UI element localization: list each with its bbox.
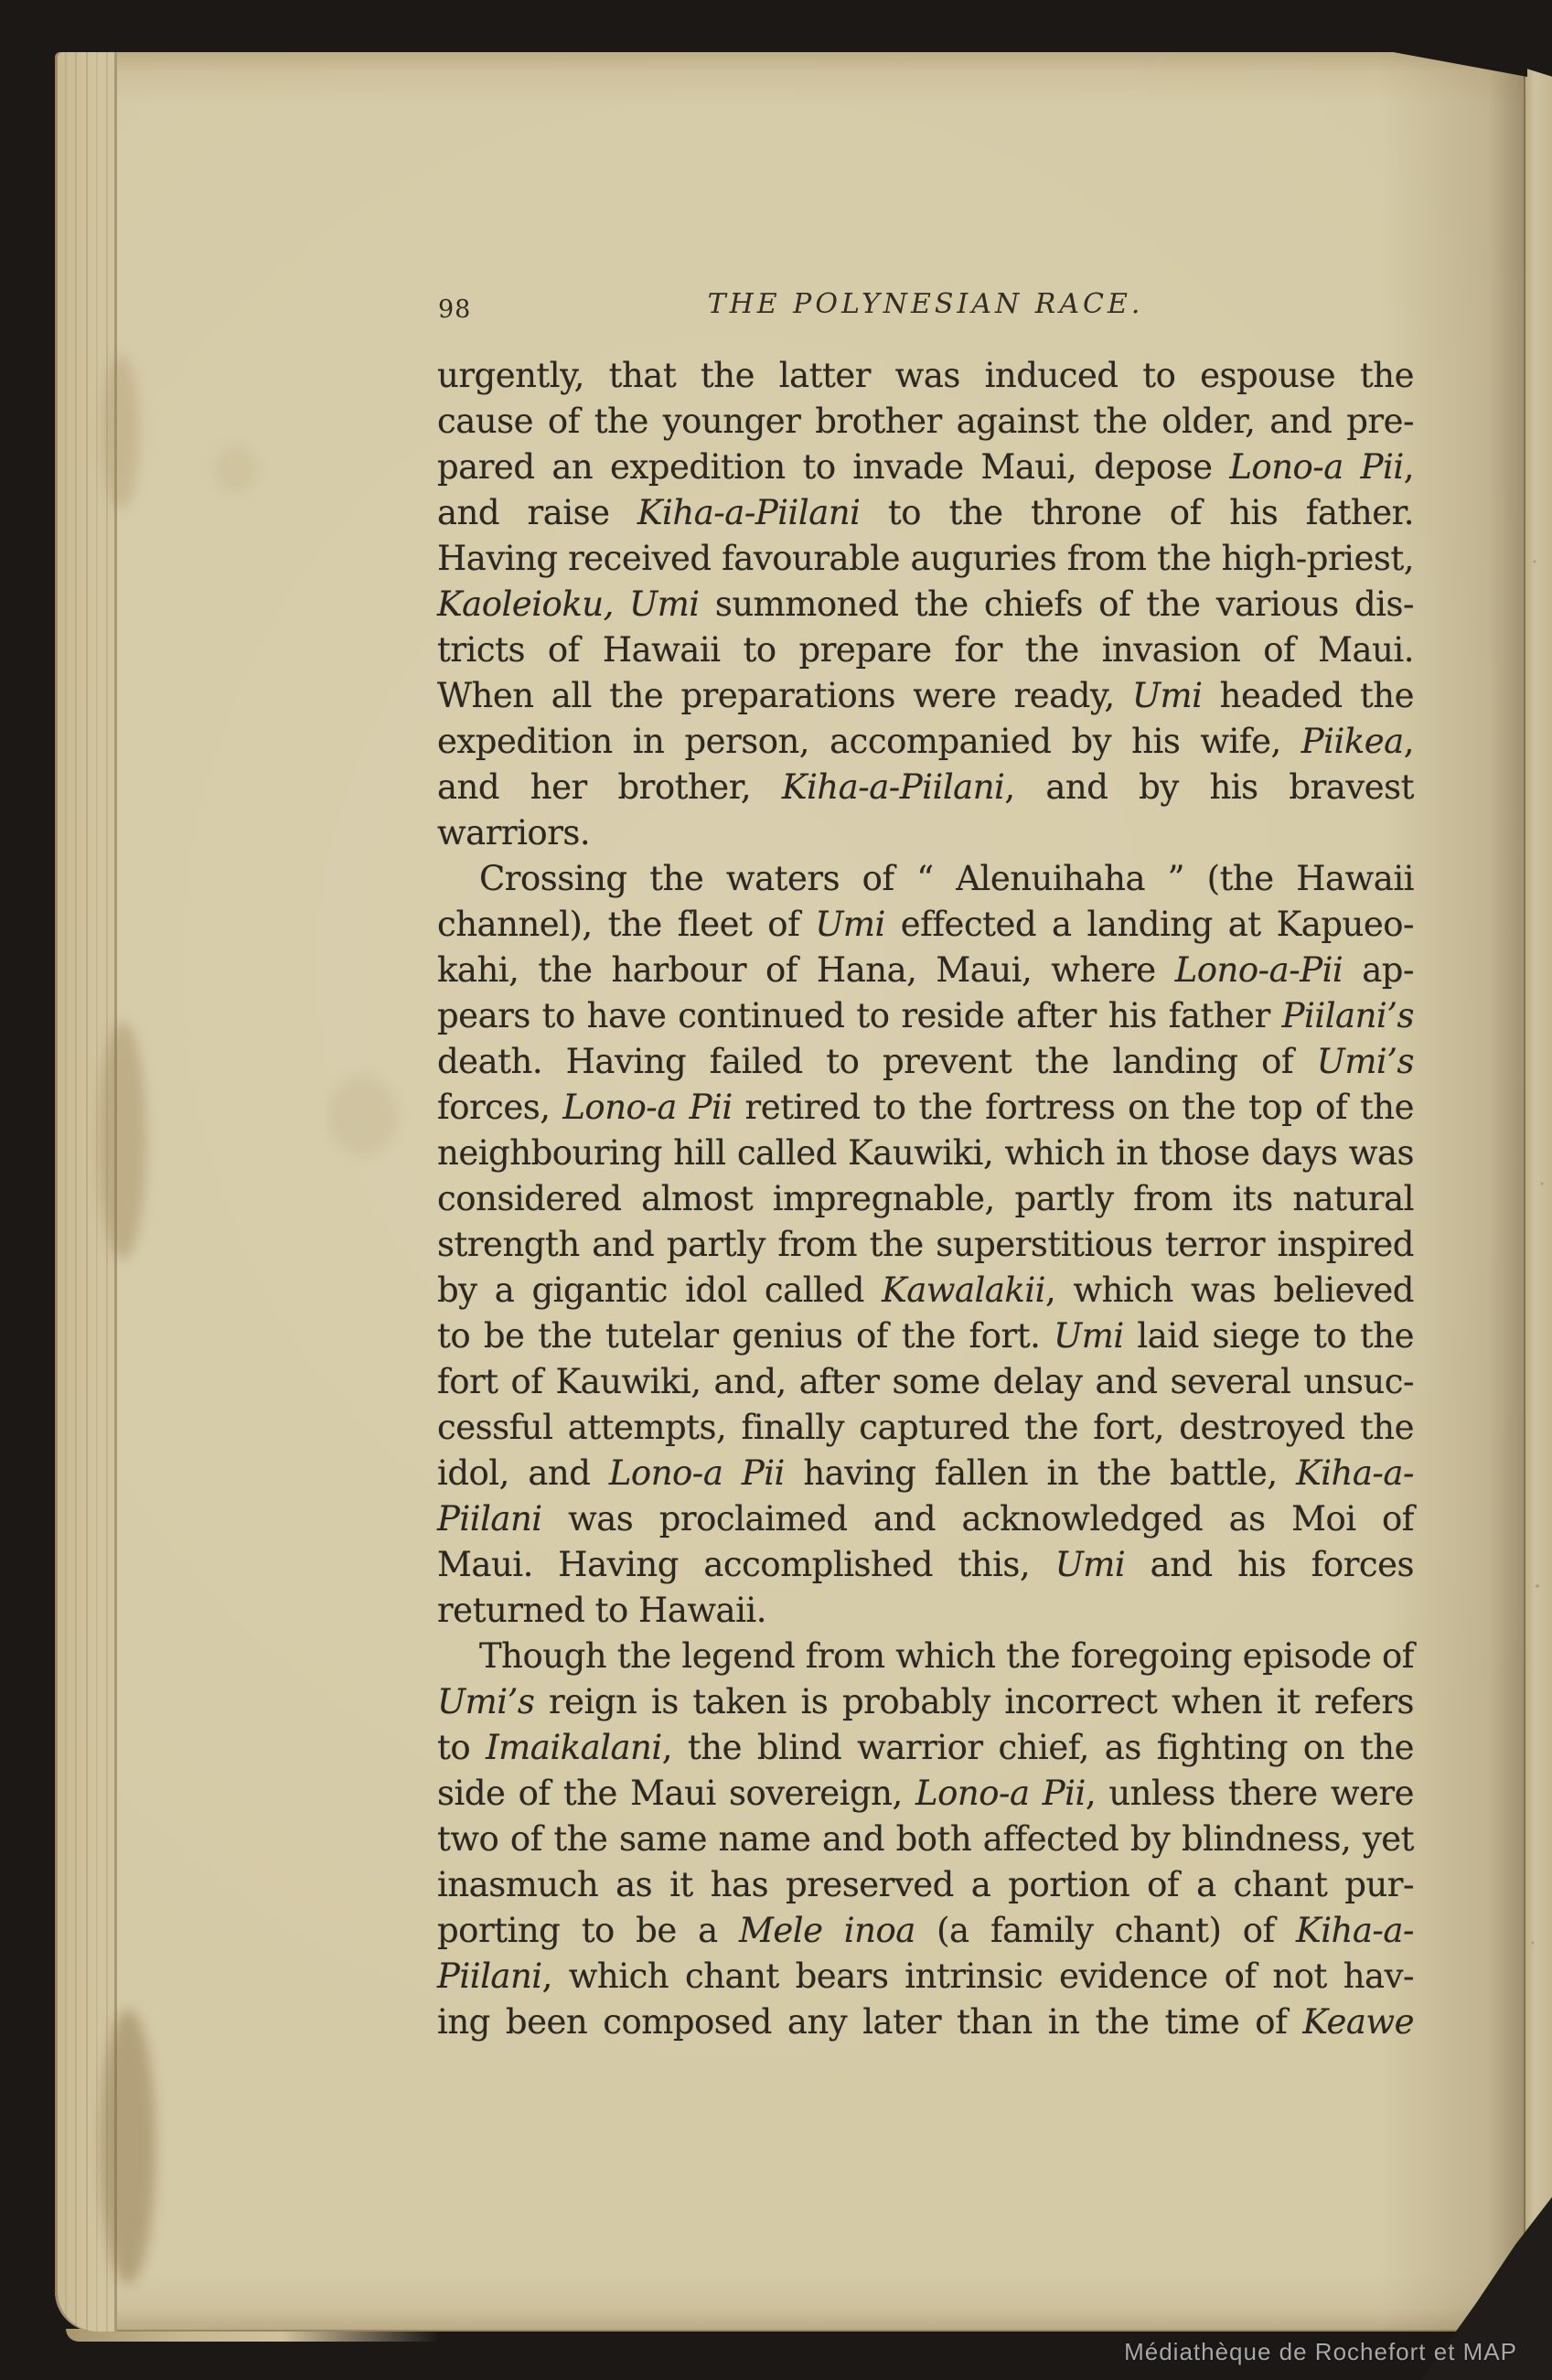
foxing-stain	[99, 1022, 146, 1260]
italic-text-segment: Piilani’s	[1282, 996, 1414, 1035]
text-segment: considered almost impregnable, partly fr…	[437, 1179, 1414, 1218]
text-segment: , which was believed	[1045, 1270, 1414, 1310]
italic-text-segment: Umi	[1055, 1545, 1126, 1584]
text-segment: porting to be a	[437, 1911, 739, 1950]
italic-text-segment: Umi’s	[437, 1682, 534, 1721]
text-line: ing been composed any later than in the …	[437, 1999, 1414, 2045]
italic-text-segment: Kiha-a-Piilani	[637, 493, 861, 532]
italic-text-segment: Piilani	[437, 1499, 542, 1538]
text-segment: headed the	[1202, 676, 1414, 715]
text-line: cessful attempts, finally captured the f…	[437, 1405, 1414, 1451]
text-line: by a gigantic idol called Kawalakii, whi…	[437, 1268, 1414, 1313]
text-line: and her brother, Kiha-a-Piilani, and by …	[437, 765, 1414, 810]
text-segment: urgently, that the latter was induced to…	[437, 356, 1414, 395]
library-watermark: Médiathèque de Rochefort et MAP	[1124, 2338, 1517, 2366]
text-segment: ,	[1404, 447, 1414, 487]
text-segment: tricts of Hawaii to prepare for the inva…	[437, 630, 1414, 670]
text-segment: Crossing the waters of “ Alenuihaha ” (t…	[479, 859, 1414, 898]
italic-text-segment: Mele inoa	[739, 1911, 915, 1950]
text-segment: neighbouring hill called Kauwiki, which …	[437, 1133, 1414, 1173]
text-line: two of the same name and both affected b…	[437, 1817, 1414, 1862]
text-segment: , unless there were	[1086, 1774, 1414, 1813]
text-line: inasmuch as it has preserved a portion o…	[437, 1862, 1414, 1908]
text-line: to Imaikalani, the blind warrior chief, …	[437, 1725, 1414, 1771]
text-segment: strength and partly from the superstitio…	[437, 1225, 1414, 1264]
text-line: tricts of Hawaii to prepare for the inva…	[437, 627, 1414, 673]
text-line: porting to be a Mele inoa (a family chan…	[437, 1908, 1414, 1954]
text-line: cause of the younger brother against the…	[437, 399, 1414, 445]
text-segment: ,	[1404, 722, 1414, 761]
text-line: strength and partly from the superstitio…	[437, 1222, 1414, 1268]
italic-text-segment: Umi’s	[1317, 1042, 1414, 1081]
text-segment: ap-	[1343, 950, 1414, 990]
text-segment: idol, and	[437, 1453, 609, 1493]
italic-text-segment: Lono-a Pii	[915, 1774, 1086, 1813]
text-segment: returned to Hawaii.	[437, 1591, 766, 1630]
text-line: expedition in person, accompanied by his…	[437, 719, 1414, 765]
text-line: fort of Kauwiki, and, after some delay a…	[437, 1359, 1414, 1405]
text-line: and raise Kiha-a-Piilani to the throne o…	[437, 490, 1414, 536]
text-line: Kaoleioku, Umi summoned the chiefs of th…	[437, 582, 1414, 627]
foxing-stain	[215, 445, 257, 493]
text-line: returned to Hawaii.	[437, 1588, 1414, 1634]
text-segment: to be the tutelar genius of the fort.	[437, 1316, 1054, 1356]
text-line: When all the preparations were ready, Um…	[437, 673, 1414, 719]
text-line: Umi’s reign is taken is probably incorre…	[437, 1679, 1414, 1725]
text-segment: , the blind warrior chief, as fighting o…	[662, 1728, 1414, 1767]
text-segment: cause of the younger brother against the…	[437, 402, 1414, 441]
text-segment: pears to have continued to reside after …	[437, 996, 1282, 1035]
italic-text-segment: Kaoleioku, Umi	[437, 584, 700, 624]
italic-text-segment: Kiha-a-	[1296, 1911, 1414, 1950]
text-segment: ing been composed any later than in the …	[437, 2002, 1302, 2042]
italic-text-segment: Lono-a Pii	[1229, 447, 1403, 487]
text-segment: warriors.	[437, 813, 590, 852]
text-segment: , and by his bravest	[1004, 767, 1414, 807]
text-line: neighbouring hill called Kauwiki, which …	[437, 1131, 1414, 1176]
text-segment: side of the Maui sovereign,	[437, 1774, 915, 1813]
foxing-stain	[102, 354, 139, 509]
text-line: kahi, the harbour of Hana, Maui, where L…	[437, 948, 1414, 993]
running-head-title: THE POLYNESIAN RACE.	[437, 288, 1414, 320]
foxing-stain	[101, 2010, 155, 2284]
text-segment: reign is taken is probably incorrect whe…	[534, 1682, 1414, 1721]
text-line: Maui. Having accomplished this, Umi and …	[437, 1542, 1414, 1588]
italic-text-segment: Lono-a Pii	[609, 1453, 785, 1493]
text-line: pared an expedition to invade Maui, depo…	[437, 445, 1414, 490]
text-line: idol, and Lono-a Pii having fallen in th…	[437, 1451, 1414, 1496]
italic-text-segment: Umi	[1132, 676, 1203, 715]
text-line: urgently, that the latter was induced to…	[437, 353, 1414, 399]
text-segment: inasmuch as it has preserved a portion o…	[437, 1865, 1414, 1904]
text-line: pears to have continued to reside after …	[437, 993, 1414, 1039]
text-segment: expedition in person, accompanied by his…	[437, 722, 1301, 761]
text-segment: , which chant bears intrinsic evidence o…	[542, 1957, 1414, 1996]
text-segment: Though the legend from which the foregoi…	[479, 1636, 1414, 1676]
italic-text-segment: Keawe	[1302, 2002, 1414, 2042]
text-segment: cessful attempts, finally captured the f…	[437, 1408, 1414, 1447]
text-line: channel), the fleet of Umi effected a la…	[437, 902, 1414, 948]
italic-text-segment: Piikea	[1301, 722, 1404, 761]
text-line: side of the Maui sovereign, Lono-a Pii, …	[437, 1771, 1414, 1817]
text-segment: (a family chant) of	[915, 1911, 1296, 1950]
text-segment: laid siege to the	[1124, 1316, 1414, 1356]
text-segment: two of the same name and both affected b…	[437, 1819, 1414, 1859]
text-segment: Having received favourable auguries from…	[437, 539, 1414, 578]
text-segment: When all the preparations were ready,	[437, 676, 1132, 715]
text-line: Crossing the waters of “ Alenuihaha ” (t…	[437, 856, 1414, 902]
text-segment: summoned the chiefs of the various dis-	[700, 584, 1414, 624]
text-line: to be the tutelar genius of the fort. Um…	[437, 1313, 1414, 1359]
italic-text-segment: Umi	[815, 905, 885, 944]
text-segment: Maui. Having accomplished this,	[437, 1545, 1055, 1584]
italic-text-segment: Imaikalani	[486, 1728, 662, 1767]
text-line: warriors.	[437, 810, 1414, 856]
text-segment: fort of Kauwiki, and, after some delay a…	[437, 1362, 1414, 1401]
text-segment: and his forces	[1125, 1545, 1414, 1584]
scanned-book-photo: 98 THE POLYNESIAN RACE. urgently, that t…	[0, 0, 1552, 2380]
italic-text-segment: Kawalakii	[882, 1270, 1045, 1310]
foxing-stain	[329, 1077, 397, 1155]
text-segment: by a gigantic idol called	[437, 1270, 882, 1310]
text-segment: retired to the fortress on the top of th…	[733, 1088, 1414, 1127]
text-segment: pared an expedition to invade Maui, depo…	[437, 447, 1229, 487]
text-segment: death. Having failed to prevent the land…	[437, 1042, 1317, 1081]
text-line: Though the legend from which the foregoi…	[437, 1634, 1414, 1679]
text-segment: to the throne of his father.	[860, 493, 1414, 532]
italic-text-segment: Umi	[1054, 1316, 1124, 1356]
text-segment: and her brother,	[437, 767, 782, 807]
next-page-edge	[1524, 68, 1552, 2301]
text-line: Having received favourable auguries from…	[437, 536, 1414, 582]
text-segment: effected a landing at Kapueo-	[885, 905, 1414, 944]
text-line: considered almost impregnable, partly fr…	[437, 1176, 1414, 1222]
text-line: forces, Lono-a Pii retired to the fortre…	[437, 1085, 1414, 1131]
italic-text-segment: Lono-a Pii	[562, 1088, 732, 1127]
text-segment: kahi, the harbour of Hana, Maui, where	[437, 950, 1175, 990]
text-segment: to	[437, 1728, 486, 1767]
text-line: Piilani was proclaimed and acknowledged …	[437, 1496, 1414, 1542]
italic-text-segment: Lono-a-Pii	[1175, 950, 1343, 990]
text-segment: was proclaimed and acknowledged as Moi o…	[542, 1499, 1414, 1538]
italic-text-segment: Kiha-a-Piilani	[782, 767, 1005, 807]
text-segment: and raise	[437, 493, 637, 532]
body-text: urgently, that the latter was induced to…	[437, 353, 1414, 2045]
text-segment: forces,	[437, 1088, 562, 1127]
italic-text-segment: Piilani	[437, 1957, 542, 1996]
text-line: death. Having failed to prevent the land…	[437, 1039, 1414, 1085]
text-line: Piilani, which chant bears intrinsic evi…	[437, 1954, 1414, 1999]
text-segment: channel), the fleet of	[437, 905, 815, 944]
text-segment: having fallen in the battle,	[785, 1453, 1296, 1493]
italic-text-segment: Kiha-a-	[1296, 1453, 1414, 1493]
